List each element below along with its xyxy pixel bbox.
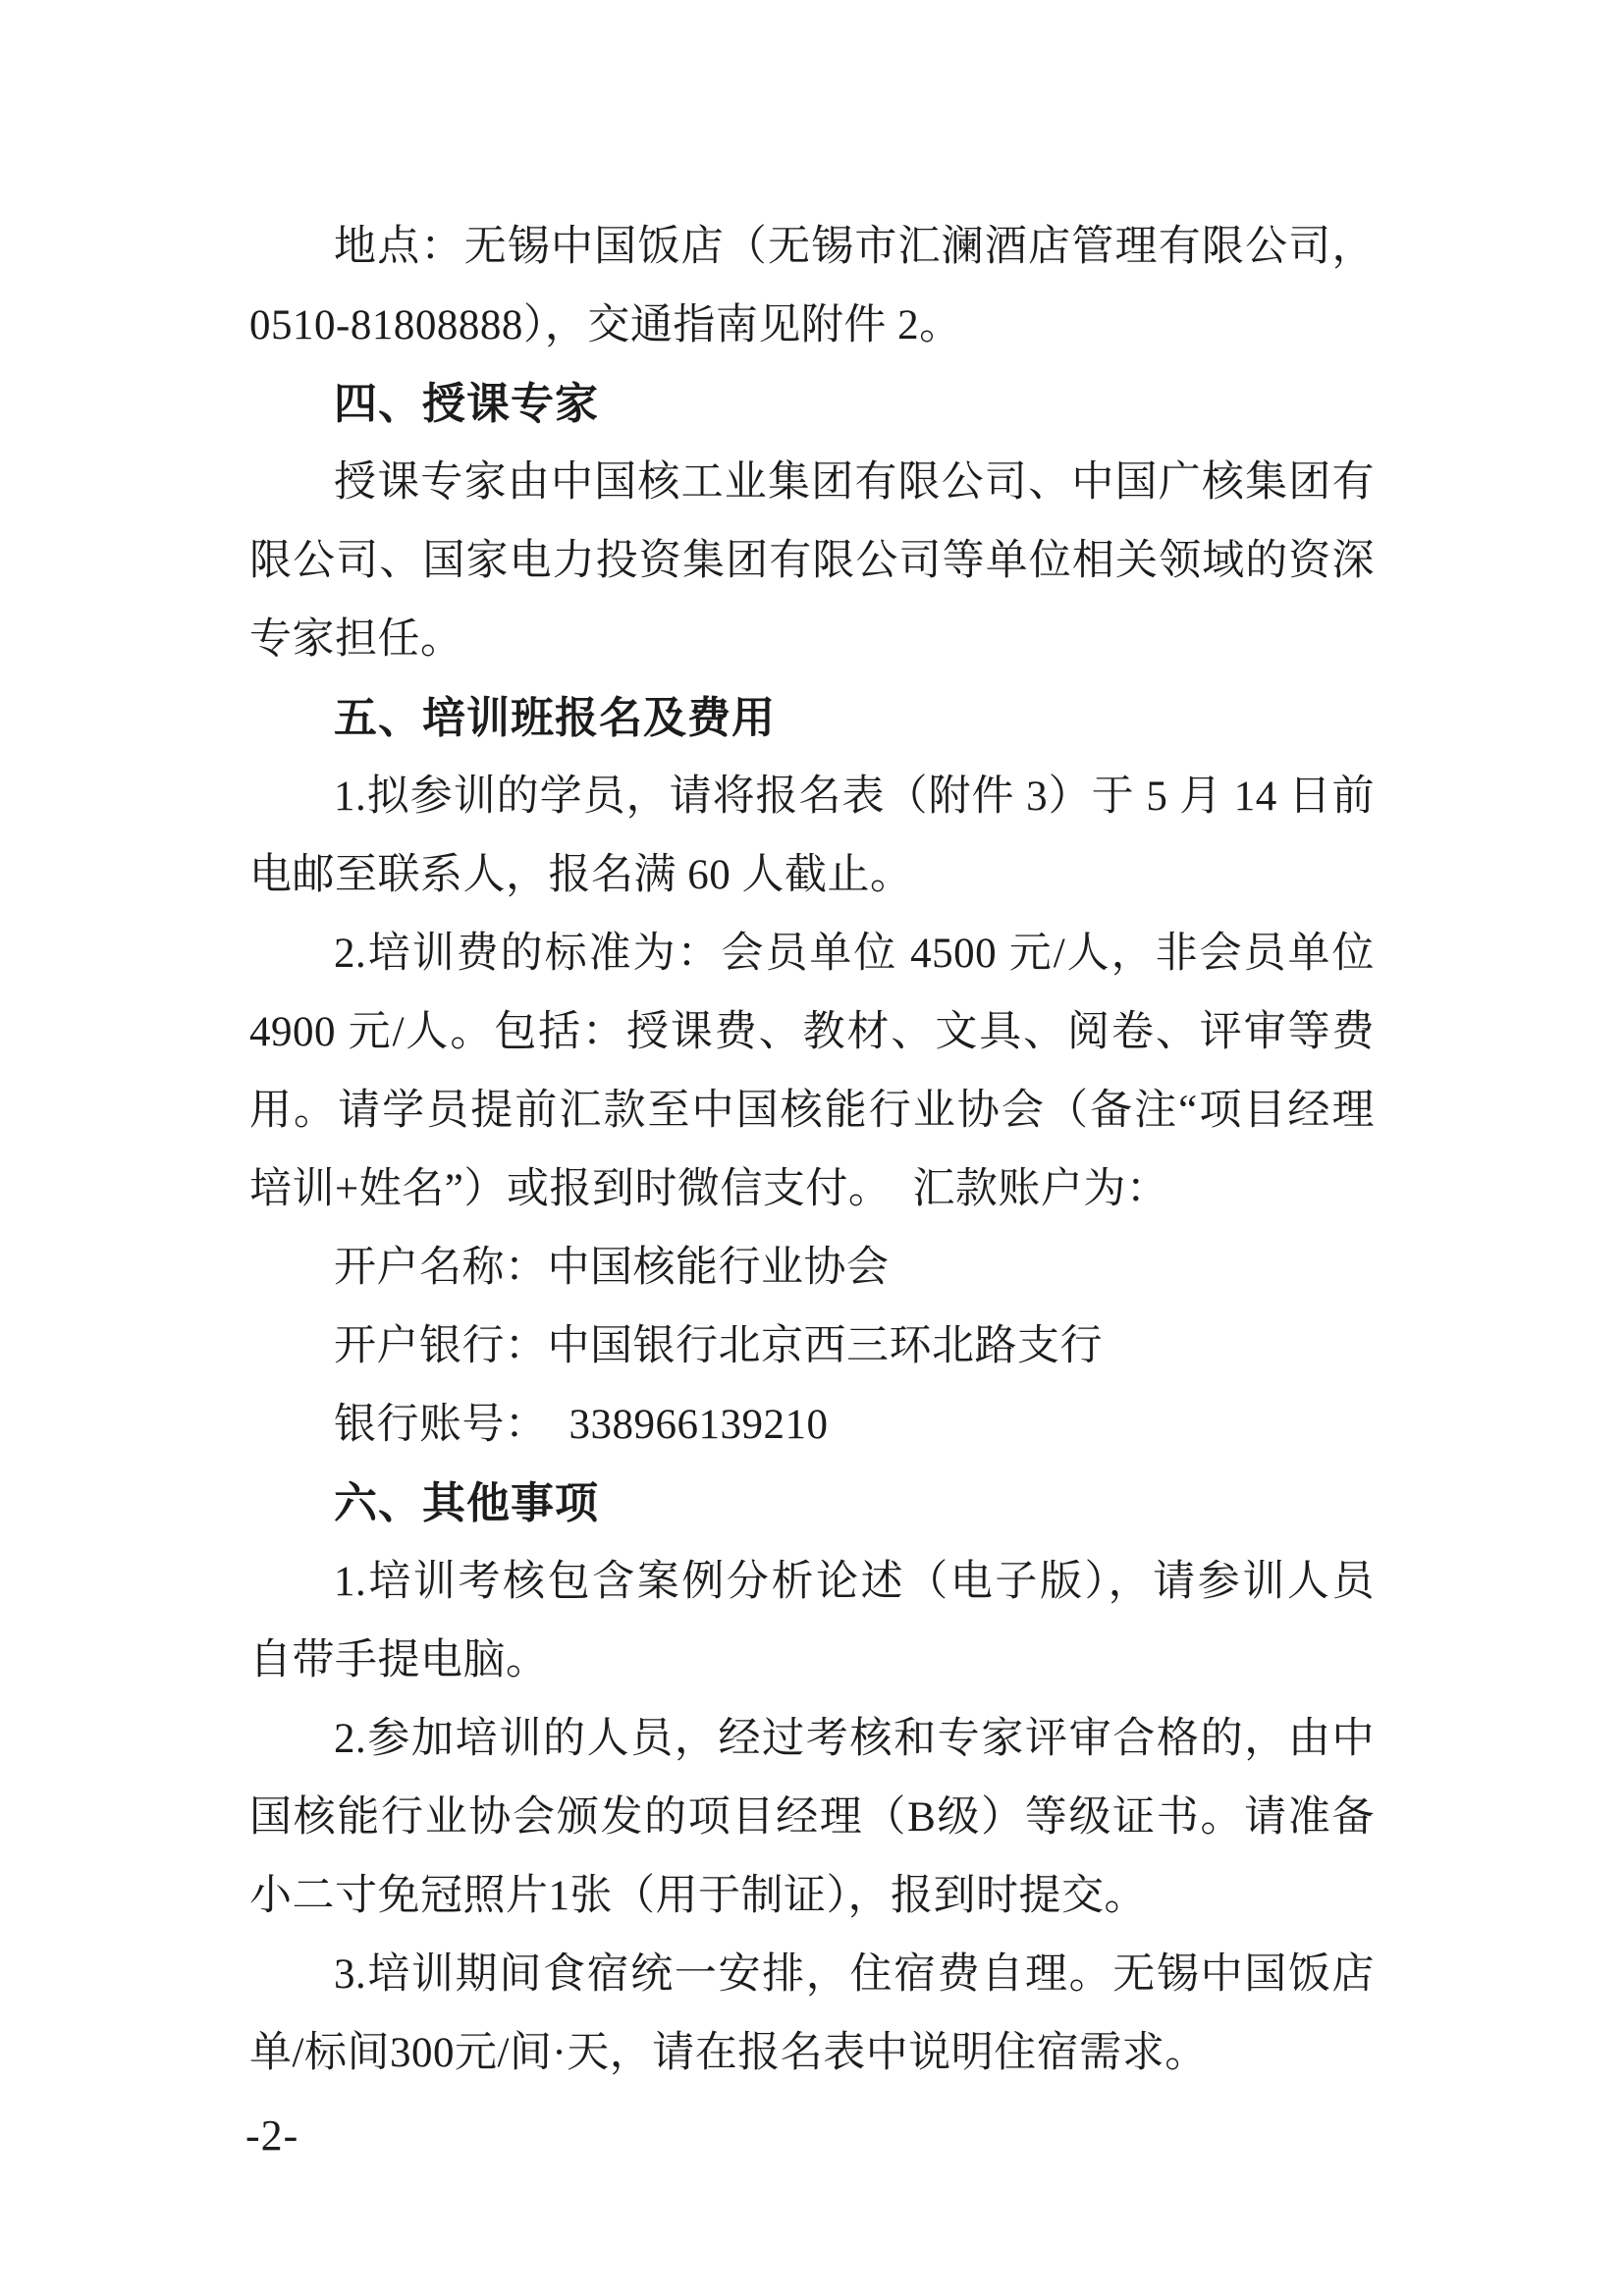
bank-name-line: 开户银行：中国银行北京西三环北路支行 <box>249 1308 1375 1386</box>
certificate-line-3: 小二寸免冠照片1张（用于制证），报到时提交。 <box>249 1857 1375 1936</box>
registration-line-1: 1.拟参训的学员，请将报名表（附件 3）于 5 月 14 日前 <box>249 758 1375 836</box>
heading-section-6-other: 六、其他事项 <box>249 1465 1375 1543</box>
instructors-line-1: 授课专家由中国核工业集团有限公司、中国广核集团有 <box>249 444 1375 522</box>
certificate-line-2: 国核能行业协会颁发的项目经理（B级）等级证书。请准备 <box>249 1779 1375 1857</box>
fee-line-3: 用。请学员提前汇款至中国核能行业协会（备注“项目经理 <box>249 1072 1375 1150</box>
heading-section-5-registration: 五、培训班报名及费用 <box>249 679 1375 758</box>
exam-line-2: 自带手提电脑。 <box>249 1622 1375 1700</box>
heading-section-4-instructors: 四、授课专家 <box>249 365 1375 444</box>
accommodation-line-2: 单/标间300元/间·天，请在报名表中说明住宿需求。 <box>249 2014 1375 2093</box>
account-number-line: 银行账号： 338966139210 <box>249 1386 1375 1465</box>
document-page: 地点：无锡中国饭店（无锡市汇澜酒店管理有限公司， 0510-81808888），… <box>0 0 1624 2296</box>
registration-line-2: 电邮至联系人，报名满 60 人截止。 <box>249 836 1375 915</box>
account-name-line: 开户名称：中国核能行业协会 <box>249 1229 1375 1308</box>
instructors-line-3: 专家担任。 <box>249 601 1375 679</box>
venue-line-2: 0510-81808888），交通指南见附件 2。 <box>249 287 1375 365</box>
fee-line-2: 4900 元/人。包括：授课费、教材、文具、阅卷、评审等费 <box>249 993 1375 1072</box>
venue-line-1: 地点：无锡中国饭店（无锡市汇澜酒店管理有限公司， <box>249 208 1375 287</box>
page-number: -2- <box>245 2107 298 2165</box>
instructors-line-2: 限公司、国家电力投资集团有限公司等单位相关领域的资深 <box>249 522 1375 601</box>
fee-line-1: 2.培训费的标准为：会员单位 4500 元/人，非会员单位 <box>249 915 1375 993</box>
fee-line-4: 培训+姓名”）或报到时微信支付。 汇款账户为： <box>249 1150 1375 1229</box>
text-content: 地点：无锡中国饭店（无锡市汇澜酒店管理有限公司， 0510-81808888），… <box>249 208 1375 2093</box>
exam-line-1: 1.培训考核包含案例分析论述（电子版），请参训人员 <box>249 1543 1375 1622</box>
accommodation-line-1: 3.培训期间食宿统一安排，住宿费自理。无锡中国饭店 <box>249 1936 1375 2014</box>
certificate-line-1: 2.参加培训的人员，经过考核和专家评审合格的，由中 <box>249 1700 1375 1779</box>
